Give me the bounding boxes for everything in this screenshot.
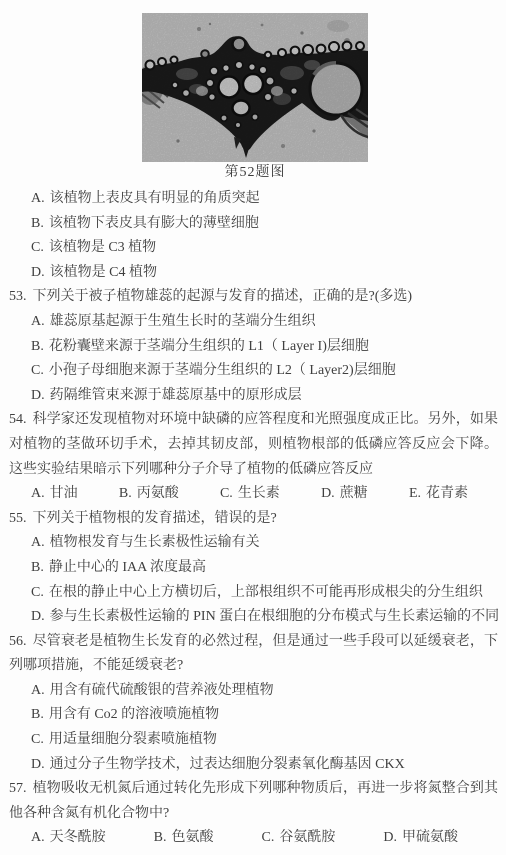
option-label: A. bbox=[31, 535, 45, 550]
option-text: 植物根发育与生长素极性运输有关 bbox=[50, 535, 260, 550]
question-56-stem: 56.尽管衰老是植物生长发育的必然过程，但是通过一些手段可以延缓衰老，下列哪项措… bbox=[9, 630, 498, 679]
option-label: D. bbox=[31, 388, 45, 403]
option-text: 甘油 bbox=[50, 486, 78, 501]
option-label: A. bbox=[31, 486, 45, 501]
option-label: D. bbox=[31, 265, 45, 280]
option-text: 色氨酸 bbox=[171, 830, 213, 845]
option-text: 静止中心的 IAA 浓度最高 bbox=[49, 560, 206, 575]
option-label: B. bbox=[31, 339, 44, 354]
question-52: A.该植物上表皮具有明显的角质突起 B.该植物下表皮具有膨大的薄壁细胞 C.该植… bbox=[9, 187, 498, 285]
option-text: 生长素 bbox=[238, 486, 280, 501]
option-label: A. bbox=[31, 314, 45, 329]
option-label: E. bbox=[409, 486, 421, 501]
option-52-a: A.该植物上表皮具有明显的角质突起 bbox=[9, 187, 498, 212]
option-54-b: B.丙氨酸 bbox=[119, 482, 179, 507]
question-text: 植物吸收无机氮后通过转化先形成下列哪种物质后，再进一步将氮整合到其他各种含氮有机… bbox=[9, 781, 498, 821]
option-52-d: D.该植物是 C4 植物 bbox=[9, 261, 498, 286]
option-text: 该植物是 C3 植物 bbox=[49, 240, 156, 255]
question-text: 下列关于被子植物雄蕊的起源与发育的描述，正确的是?(多选) bbox=[33, 289, 413, 304]
question-number: 57. bbox=[9, 781, 27, 796]
question-53-stem: 53.下列关于被子植物雄蕊的起源与发育的描述，正确的是?(多选) bbox=[9, 285, 498, 310]
option-text: 在根的静止中心上方横切后，上部根组织不可能再形成根尖的分生组织 bbox=[49, 585, 483, 600]
option-54-c: C.生长素 bbox=[220, 482, 280, 507]
leaf-cross-section-micrograph bbox=[142, 13, 368, 162]
option-text: 甲硫氨酸 bbox=[402, 830, 458, 845]
option-text: 蔗糖 bbox=[340, 486, 368, 501]
option-text: 药隔维管束来源于雄蕊原基中的原形成层 bbox=[50, 388, 302, 403]
option-54-d: D.蔗糖 bbox=[321, 482, 368, 507]
question-number: 53. bbox=[9, 289, 27, 304]
question-number: 55. bbox=[9, 511, 27, 526]
option-label: C. bbox=[31, 363, 44, 378]
option-label: B. bbox=[119, 486, 132, 501]
question-55-stem: 55.下列关于植物根的发育描述，错误的是? bbox=[9, 507, 498, 532]
question-text: 尽管衰老是植物生长发育的必然过程，但是通过一些手段可以延缓衰老，下列哪项措施，不… bbox=[9, 634, 498, 674]
option-53-d: D.药隔维管束来源于雄蕊原基中的原形成层 bbox=[9, 384, 498, 409]
option-label: C. bbox=[31, 240, 44, 255]
option-label: A. bbox=[31, 830, 45, 845]
option-55-d: D.参与生长素极性运输的 PIN 蛋白在根细胞的分布模式与生长素运输的不同方向有… bbox=[9, 605, 498, 630]
option-text: 该植物下表皮具有膨大的薄壁细胞 bbox=[49, 216, 259, 231]
question-text: 科学家还发现植物对环境中缺磷的应答程度和光照强度成正比。另外，如果对植物的茎做环… bbox=[9, 412, 498, 476]
exam-page: 第52题图 A.该植物上表皮具有明显的角质突起 B.该植物下表皮具有膨大的薄壁细… bbox=[0, 0, 506, 855]
option-text: 谷氨酰胺 bbox=[279, 830, 335, 845]
option-text: 参与生长素极性运输的 PIN 蛋白在根细胞的分布模式与生长素运输的不同方向有关 bbox=[50, 609, 498, 624]
option-label: C. bbox=[220, 486, 233, 501]
option-text: 花粉囊壁来源于茎端分生组织的 L1（ Layer I)层细胞 bbox=[49, 339, 369, 354]
option-53-c: C.小孢子母细胞来源于茎端分生组织的 L2（ Layer2)层细胞 bbox=[9, 359, 498, 384]
question-54-options: A.甘油 B.丙氨酸 C.生长素 D.蔗糖 E.花青素 bbox=[9, 482, 498, 507]
option-56-b: B.用含有 Co2 的溶液喷施植物 bbox=[9, 703, 498, 728]
question-53-options: A.雄蕊原基起源于生殖生长时的茎端分生组织 B.花粉囊壁来源于茎端分生组织的 L… bbox=[9, 310, 498, 408]
option-text: 该植物是 C4 植物 bbox=[50, 265, 157, 280]
option-56-c: C.用适量细胞分裂素喷施植物 bbox=[9, 728, 498, 753]
option-text: 天冬酰胺 bbox=[50, 830, 106, 845]
option-52-b: B.该植物下表皮具有膨大的薄壁细胞 bbox=[9, 212, 498, 237]
option-label: C. bbox=[262, 830, 275, 845]
option-label: D. bbox=[31, 757, 45, 772]
option-55-c: C.在根的静止中心上方横切后，上部根组织不可能再形成根尖的分生组织 bbox=[9, 581, 498, 606]
question-number: 56. bbox=[9, 634, 27, 649]
option-label: A. bbox=[31, 191, 45, 206]
question-55-options: A.植物根发育与生长素极性运输有关 B.静止中心的 IAA 浓度最高 C.在根的… bbox=[9, 531, 498, 629]
option-57-b: B.色氨酸 bbox=[154, 826, 214, 851]
option-text: 花青素 bbox=[426, 486, 468, 501]
option-label: A. bbox=[31, 683, 45, 698]
question-56: 56.尽管衰老是植物生长发育的必然过程，但是通过一些手段可以延缓衰老，下列哪项措… bbox=[9, 630, 498, 778]
option-57-a: A.天冬酰胺 bbox=[31, 826, 106, 851]
question-56-options: A.用含有硫代硫酸银的营养液处理植物 B.用含有 Co2 的溶液喷施植物 C.用… bbox=[9, 679, 498, 777]
question-55: 55.下列关于植物根的发育描述，错误的是? A.植物根发育与生长素极性运输有关 … bbox=[9, 507, 498, 630]
figure-caption: 第52题图 bbox=[142, 162, 368, 184]
option-57-d: D.甲硫氨酸 bbox=[383, 826, 458, 851]
option-label: C. bbox=[31, 732, 44, 747]
option-56-a: A.用含有硫代硫酸银的营养液处理植物 bbox=[9, 679, 498, 704]
option-text: 用含有硫代硫酸银的营养液处理植物 bbox=[50, 683, 274, 698]
question-57-options: A.天冬酰胺 B.色氨酸 C.谷氨酰胺 D.甲硫氨酸 bbox=[9, 826, 498, 851]
question-53: 53.下列关于被子植物雄蕊的起源与发育的描述，正确的是?(多选) A.雄蕊原基起… bbox=[9, 285, 498, 408]
option-label: B. bbox=[154, 830, 167, 845]
option-text: 用含有 Co2 的溶液喷施植物 bbox=[49, 707, 219, 722]
question-52-figure: 第52题图 bbox=[142, 13, 368, 184]
option-text: 小孢子母细胞来源于茎端分生组织的 L2（ Layer2)层细胞 bbox=[49, 363, 396, 378]
question-57-stem: 57.植物吸收无机氮后通过转化先形成下列哪种物质后，再进一步将氮整合到其他各种含… bbox=[9, 777, 498, 826]
option-label: C. bbox=[31, 585, 44, 600]
option-53-a: A.雄蕊原基起源于生殖生长时的茎端分生组织 bbox=[9, 310, 498, 335]
question-54: 54.科学家还发现植物对环境中缺磷的应答程度和光照强度成正比。另外，如果对植物的… bbox=[9, 408, 498, 506]
option-57-c: C.谷氨酰胺 bbox=[262, 826, 336, 851]
option-label: D. bbox=[383, 830, 397, 845]
option-53-b: B.花粉囊壁来源于茎端分生组织的 L1（ Layer I)层细胞 bbox=[9, 335, 498, 360]
option-54-e: E.花青素 bbox=[409, 482, 468, 507]
option-label: B. bbox=[31, 560, 44, 575]
option-54-a: A.甘油 bbox=[31, 482, 78, 507]
option-label: B. bbox=[31, 216, 44, 231]
option-label: D. bbox=[31, 609, 45, 624]
question-57: 57.植物吸收无机氮后通过转化先形成下列哪种物质后，再进一步将氮整合到其他各种含… bbox=[9, 777, 498, 851]
option-text: 该植物上表皮具有明显的角质突起 bbox=[50, 191, 260, 206]
option-55-b: B.静止中心的 IAA 浓度最高 bbox=[9, 556, 498, 581]
option-52-c: C.该植物是 C3 植物 bbox=[9, 236, 498, 261]
question-52-options: A.该植物上表皮具有明显的角质突起 B.该植物下表皮具有膨大的薄壁细胞 C.该植… bbox=[9, 187, 498, 285]
option-text: 通过分子生物学技术，过表达细胞分裂素氧化酶基因 CKX bbox=[50, 757, 405, 772]
question-54-stem: 54.科学家还发现植物对环境中缺磷的应答程度和光照强度成正比。另外，如果对植物的… bbox=[9, 408, 498, 482]
option-text: 用适量细胞分裂素喷施植物 bbox=[49, 732, 217, 747]
option-55-a: A.植物根发育与生长素极性运输有关 bbox=[9, 531, 498, 556]
option-text: 雄蕊原基起源于生殖生长时的茎端分生组织 bbox=[50, 314, 316, 329]
option-56-d: D.通过分子生物学技术，过表达细胞分裂素氧化酶基因 CKX bbox=[9, 753, 498, 778]
option-text: 丙氨酸 bbox=[137, 486, 179, 501]
option-label: D. bbox=[321, 486, 335, 501]
question-text: 下列关于植物根的发育描述，错误的是? bbox=[33, 511, 277, 526]
question-number: 54. bbox=[9, 412, 27, 427]
option-label: B. bbox=[31, 707, 44, 722]
